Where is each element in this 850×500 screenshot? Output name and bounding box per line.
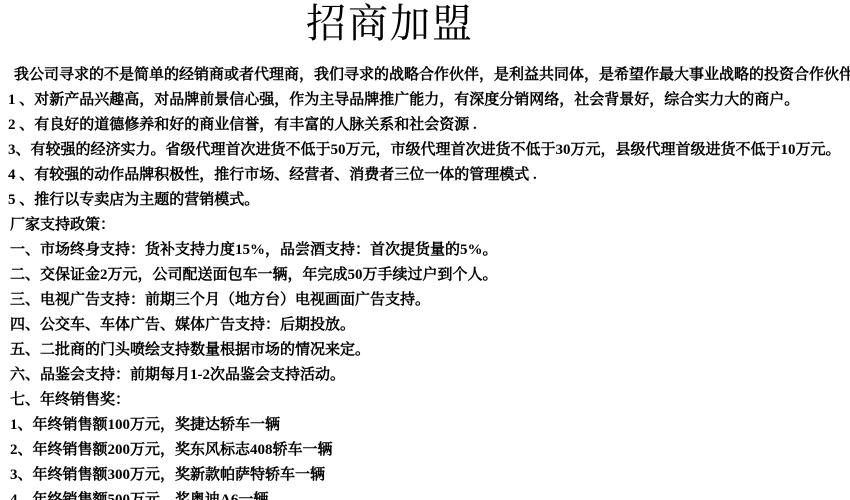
support-policy-6: 六、品鉴会支持：前期每月1-2次品鉴会支持活动。 bbox=[10, 368, 850, 383]
page-title: 招商加盟 bbox=[0, 0, 850, 46]
dealer-requirement-1: 1 、对新产品兴趣高，对品牌前景信心强，作为主导品牌推广能力，有深度分销网络，社… bbox=[8, 93, 850, 108]
annual-award-2: 2、年终销售额200万元，奖东风标志408轿车一辆 bbox=[10, 443, 850, 458]
support-policy-5: 五、二批商的门头喷绘支持数量根据市场的情况来定。 bbox=[10, 343, 850, 358]
support-policy-1: 一、市场终身支持：货补支持力度15%，品尝酒支持：首次提货量的5%。 bbox=[10, 243, 850, 258]
dealer-requirement-2: 2 、有良好的道德修养和好的商业信誉，有丰富的人脉关系和社会资源 . bbox=[8, 118, 850, 133]
dealer-requirement-3: 3、有较强的经济实力。省级代理首次进货不低于50万元，市级代理首次进货不低于30… bbox=[8, 143, 850, 158]
annual-award-1: 1、年终销售额100万元，奖捷达轿车一辆 bbox=[10, 418, 850, 433]
annual-award-4: 4、年终销售额500万元，奖奥迪A6一辆 bbox=[10, 493, 850, 500]
support-policy-4: 四、公交车、车体广告、媒体广告支持：后期投放。 bbox=[10, 318, 850, 333]
intro-paragraph: 我公司寻求的不是简单的经销商或者代理商，我们寻求的战略合作伙伴，是利益共同体，是… bbox=[14, 68, 850, 83]
dealer-requirement-5: 5 、推行以专卖店为主题的营销模式。 bbox=[8, 193, 850, 208]
document-page: 招商加盟 我公司寻求的不是简单的经销商或者代理商，我们寻求的战略合作伙伴，是利益… bbox=[0, 0, 850, 500]
support-policy-heading: 厂家支持政策： bbox=[10, 218, 850, 233]
annual-award-heading: 七、年终销售奖： bbox=[10, 393, 850, 408]
dealer-requirement-4: 4 、有较强的动作品牌积极性，推行市场、经营者、消费者三位一体的管理模式 . bbox=[8, 168, 850, 183]
support-policy-2: 二、交保证金2万元，公司配送面包车一辆，年完成50万手续过户到个人。 bbox=[10, 268, 850, 283]
support-policy-3: 三、电视广告支持：前期三个月（地方台）电视画面广告支持。 bbox=[10, 293, 850, 308]
annual-award-3: 3、年终销售额300万元，奖新款帕萨特轿车一辆 bbox=[10, 468, 850, 483]
